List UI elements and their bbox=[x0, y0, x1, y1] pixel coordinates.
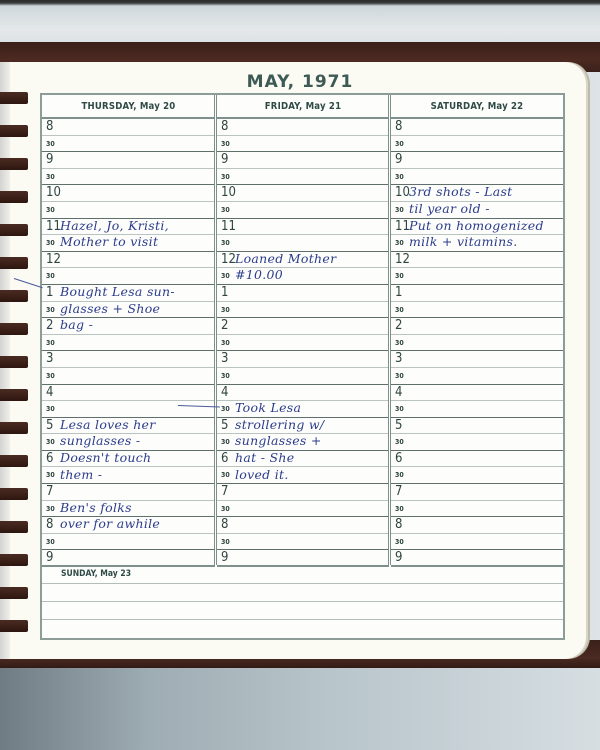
half-hour-label: 30 bbox=[221, 140, 230, 149]
binding-ring bbox=[0, 257, 28, 269]
half-hour-label: 30 bbox=[46, 339, 55, 348]
hour-label: 8 bbox=[395, 119, 402, 135]
time-slot-row[interactable]: 30 bbox=[42, 136, 215, 153]
handwritten-note-line: til year old - bbox=[409, 201, 490, 218]
half-hour-label: 30 bbox=[46, 239, 55, 248]
time-slot-row[interactable]: 3 bbox=[217, 351, 389, 368]
half-hour-label: 30 bbox=[395, 306, 404, 315]
binding-ring bbox=[0, 587, 28, 599]
handwritten-note-line: hat - She bbox=[235, 450, 294, 467]
hour-label: 1 bbox=[221, 285, 228, 301]
binding-ring bbox=[0, 323, 28, 335]
time-slot-row[interactable]: 6 bbox=[391, 451, 563, 468]
handwritten-note-line: milk + vitamins. bbox=[409, 234, 517, 251]
half-hour-label: 30 bbox=[46, 438, 55, 447]
hour-label: 8 bbox=[221, 119, 228, 135]
binding-ring bbox=[0, 455, 28, 467]
half-hour-label: 30 bbox=[46, 173, 55, 182]
time-slot-row[interactable]: 30 bbox=[42, 202, 215, 219]
half-hour-label: 30 bbox=[221, 173, 230, 182]
time-slot-row[interactable]: 3 bbox=[391, 351, 563, 368]
time-slot-row[interactable]: 30 bbox=[217, 335, 389, 352]
schedule-grid: THURSDAY, May 20 83093010301130123013023… bbox=[40, 93, 565, 640]
half-hour-label: 30 bbox=[395, 372, 404, 381]
half-hour-label: 30 bbox=[395, 471, 404, 480]
half-hour-label: 30 bbox=[46, 372, 55, 381]
half-hour-label: 30 bbox=[46, 405, 55, 414]
binding-ring bbox=[0, 620, 28, 632]
handwritten-note-line: Mother to visit bbox=[60, 234, 158, 251]
hour-label: 6 bbox=[395, 451, 402, 467]
half-hour-label: 30 bbox=[221, 471, 230, 480]
time-slot-row[interactable]: 30 bbox=[391, 335, 563, 352]
half-hour-label: 30 bbox=[46, 505, 55, 514]
time-slot-row[interactable]: 30 bbox=[42, 169, 215, 186]
hour-label: 8 bbox=[46, 119, 53, 135]
time-rows: 8309301030113012301302303304305306307308… bbox=[217, 119, 389, 567]
handwritten-note-line: bag - bbox=[60, 317, 93, 334]
handwritten-note-line: Bought Lesa sun- bbox=[60, 284, 175, 301]
hour-label: 4 bbox=[46, 385, 53, 401]
half-hour-label: 30 bbox=[395, 438, 404, 447]
hour-label: 2 bbox=[221, 318, 228, 334]
hour-label: 9 bbox=[395, 152, 402, 168]
sunday-section: SUNDAY, May 23 bbox=[42, 565, 563, 638]
time-slot-row[interactable]: 30 bbox=[391, 467, 563, 484]
half-hour-label: 30 bbox=[395, 239, 404, 248]
half-hour-label: 30 bbox=[395, 538, 404, 547]
day-header-thursday: THURSDAY, May 20 bbox=[42, 95, 215, 119]
binding-ring bbox=[0, 191, 28, 203]
hour-label: 3 bbox=[395, 351, 402, 367]
hour-label: 4 bbox=[221, 385, 228, 401]
hour-label: 7 bbox=[221, 484, 228, 500]
half-hour-label: 30 bbox=[221, 538, 230, 547]
hour-label: 11 bbox=[395, 219, 410, 235]
time-slot-row[interactable]: 10 bbox=[217, 185, 389, 202]
half-hour-label: 30 bbox=[395, 140, 404, 149]
half-hour-label: 30 bbox=[221, 405, 230, 414]
time-slot-row[interactable]: 9 bbox=[42, 152, 215, 169]
time-slot-row[interactable]: 30 bbox=[217, 368, 389, 385]
binding-ring bbox=[0, 356, 28, 368]
half-hour-label: 30 bbox=[221, 272, 230, 281]
hour-label: 8 bbox=[46, 517, 53, 533]
handwritten-note-line: 3rd shots - Last bbox=[409, 184, 513, 201]
hour-label: 12 bbox=[221, 252, 236, 268]
half-hour-label: 30 bbox=[46, 140, 55, 149]
handwritten-note-line: them - bbox=[60, 467, 102, 484]
hour-label: 5 bbox=[46, 418, 53, 434]
time-slot-row[interactable]: 9 bbox=[391, 152, 563, 169]
time-slot-row[interactable]: 7 bbox=[42, 484, 215, 501]
day-header-sunday: SUNDAY, May 23 bbox=[42, 565, 563, 584]
time-slot-row[interactable]: 30 bbox=[217, 136, 389, 153]
time-slot-row[interactable]: 1 bbox=[217, 285, 389, 302]
hour-label: 7 bbox=[46, 484, 53, 500]
hour-label: 7 bbox=[395, 484, 402, 500]
sunday-line[interactable] bbox=[42, 620, 563, 638]
time-slot-row[interactable]: 30 bbox=[391, 368, 563, 385]
time-slot-row[interactable]: 30 bbox=[42, 335, 215, 352]
half-hour-label: 30 bbox=[221, 206, 230, 215]
time-slot-row[interactable]: 30 bbox=[391, 169, 563, 186]
background-top bbox=[0, 0, 600, 48]
handwritten-note-line: sunglasses + bbox=[235, 433, 322, 450]
time-slot-row[interactable]: 4 bbox=[217, 385, 389, 402]
sunday-line[interactable] bbox=[42, 602, 563, 620]
background-bottom bbox=[0, 668, 600, 750]
hour-label: 10 bbox=[221, 185, 236, 201]
half-hour-label: 30 bbox=[46, 306, 55, 315]
time-slot-row[interactable]: 7 bbox=[391, 484, 563, 501]
time-slot-row[interactable]: 30 bbox=[217, 501, 389, 518]
time-slot-row[interactable]: 10 bbox=[42, 185, 215, 202]
time-slot-row[interactable]: 4 bbox=[42, 385, 215, 402]
handwritten-note-line: strollering w/ bbox=[235, 417, 324, 434]
hour-label: 10 bbox=[46, 185, 61, 201]
handwritten-note-line: Put on homogenized bbox=[409, 218, 544, 235]
half-hour-label: 30 bbox=[46, 471, 55, 480]
half-hour-label: 30 bbox=[395, 173, 404, 182]
handwritten-note-line: Ben's folks bbox=[60, 500, 132, 517]
time-slot-row[interactable]: 30 bbox=[217, 534, 389, 551]
time-slot-row[interactable]: 11 bbox=[217, 219, 389, 236]
time-slot-row[interactable]: 30 bbox=[391, 302, 563, 319]
binding-ring bbox=[0, 125, 28, 137]
handwritten-note-line: glasses + Shoe bbox=[60, 301, 160, 318]
time-slot-row[interactable]: 2 bbox=[391, 318, 563, 335]
binding-ring bbox=[0, 488, 28, 500]
time-slot-row[interactable]: 8 bbox=[391, 119, 563, 136]
time-slot-row[interactable]: 30 bbox=[391, 268, 563, 285]
time-slot-row[interactable]: 4 bbox=[391, 385, 563, 402]
day-header-friday: FRIDAY, May 21 bbox=[217, 95, 389, 119]
binding-ring bbox=[0, 389, 28, 401]
time-slot-row[interactable]: 30 bbox=[217, 302, 389, 319]
half-hour-label: 30 bbox=[46, 206, 55, 215]
half-hour-label: 30 bbox=[221, 339, 230, 348]
binding-ring bbox=[0, 158, 28, 170]
half-hour-label: 30 bbox=[221, 438, 230, 447]
hour-label: 6 bbox=[46, 451, 53, 467]
time-slot-row[interactable]: 30 bbox=[42, 401, 215, 418]
hour-label: 1 bbox=[395, 285, 402, 301]
half-hour-label: 30 bbox=[46, 538, 55, 547]
sunday-line[interactable] bbox=[42, 584, 563, 602]
time-slot-row[interactable]: 8 bbox=[217, 119, 389, 136]
handwritten-note-line: Loaned Mother bbox=[235, 251, 336, 268]
day-column-friday: FRIDAY, May 21 8309301030113012301302303… bbox=[217, 95, 389, 565]
time-slot-row[interactable]: 30 bbox=[217, 202, 389, 219]
binding-ring bbox=[0, 422, 28, 434]
day-header-saturday: SATURDAY, May 22 bbox=[391, 95, 563, 119]
hour-label: 3 bbox=[221, 351, 228, 367]
time-slot-row[interactable]: 30 bbox=[391, 136, 563, 153]
half-hour-label: 30 bbox=[395, 206, 404, 215]
hour-label: 10 bbox=[395, 185, 410, 201]
hour-label: 3 bbox=[46, 351, 53, 367]
time-slot-row[interactable]: 30 bbox=[391, 534, 563, 551]
hour-label: 9 bbox=[221, 152, 228, 168]
time-slot-row[interactable]: 30 bbox=[391, 401, 563, 418]
time-slot-row[interactable]: 30 bbox=[42, 268, 215, 285]
half-hour-label: 30 bbox=[46, 272, 55, 281]
hour-label: 6 bbox=[221, 451, 228, 467]
hour-label: 5 bbox=[395, 418, 402, 434]
half-hour-label: 30 bbox=[221, 372, 230, 381]
half-hour-label: 30 bbox=[221, 505, 230, 514]
half-hour-label: 30 bbox=[395, 272, 404, 281]
time-slot-row[interactable]: 8 bbox=[391, 517, 563, 534]
binding-ring bbox=[0, 92, 28, 104]
hour-label: 11 bbox=[46, 219, 61, 235]
handwritten-note-line: Doesn't touch bbox=[60, 450, 151, 467]
hour-label: 8 bbox=[395, 517, 402, 533]
time-slot-row[interactable]: 30 bbox=[391, 434, 563, 451]
handwritten-note-line: over for awhile bbox=[60, 516, 160, 533]
hour-label: 1 bbox=[46, 285, 53, 301]
time-slot-row[interactable]: 2 bbox=[217, 318, 389, 335]
hour-label: 12 bbox=[395, 252, 410, 268]
half-hour-label: 30 bbox=[221, 239, 230, 248]
binding-ring bbox=[0, 554, 28, 566]
time-slot-row[interactable]: 5 bbox=[391, 418, 563, 435]
hour-label: 8 bbox=[221, 517, 228, 533]
binding-ring bbox=[0, 224, 28, 236]
time-slot-row[interactable]: 8 bbox=[42, 119, 215, 136]
page-title: MAY, 1971 bbox=[0, 72, 600, 92]
time-slot-row[interactable]: 7 bbox=[217, 484, 389, 501]
handwritten-note-line: Lesa loves her bbox=[60, 417, 156, 434]
time-slot-row[interactable]: 1 bbox=[391, 285, 563, 302]
handwritten-note-line: Took Lesa bbox=[235, 400, 301, 417]
hour-label: 4 bbox=[395, 385, 402, 401]
hour-label: 11 bbox=[221, 219, 236, 235]
handwritten-note-line: Hazel, Jo, Kristi, bbox=[60, 218, 169, 235]
half-hour-label: 30 bbox=[395, 405, 404, 414]
time-slot-row[interactable]: 30 bbox=[42, 534, 215, 551]
hour-label: 12 bbox=[46, 252, 61, 268]
time-slot-row[interactable]: 30 bbox=[391, 501, 563, 518]
handwritten-note-line: #10.00 bbox=[235, 267, 283, 284]
half-hour-label: 30 bbox=[395, 339, 404, 348]
time-slot-row[interactable]: 30 bbox=[217, 235, 389, 252]
hour-label: 2 bbox=[395, 318, 402, 334]
time-slot-row[interactable]: 30 bbox=[42, 368, 215, 385]
time-slot-row[interactable]: 30 bbox=[217, 169, 389, 186]
time-slot-row[interactable]: 9 bbox=[217, 152, 389, 169]
hour-label: 5 bbox=[221, 418, 228, 434]
binding-ring bbox=[0, 521, 28, 533]
binding-ring bbox=[0, 290, 28, 302]
hour-label: 2 bbox=[46, 318, 53, 334]
half-hour-label: 30 bbox=[395, 505, 404, 514]
half-hour-label: 30 bbox=[221, 306, 230, 315]
day-column-saturday: SATURDAY, May 22 83093010301130123013023… bbox=[391, 95, 563, 565]
time-slot-row[interactable]: 12 bbox=[42, 252, 215, 269]
hour-label: 9 bbox=[46, 152, 53, 168]
handwritten-note-line: loved it. bbox=[235, 467, 289, 484]
time-slot-row[interactable]: 3 bbox=[42, 351, 215, 368]
time-slot-row[interactable]: 12 bbox=[391, 252, 563, 269]
handwritten-note-line: sunglasses - bbox=[60, 433, 140, 450]
time-slot-row[interactable]: 8 bbox=[217, 517, 389, 534]
